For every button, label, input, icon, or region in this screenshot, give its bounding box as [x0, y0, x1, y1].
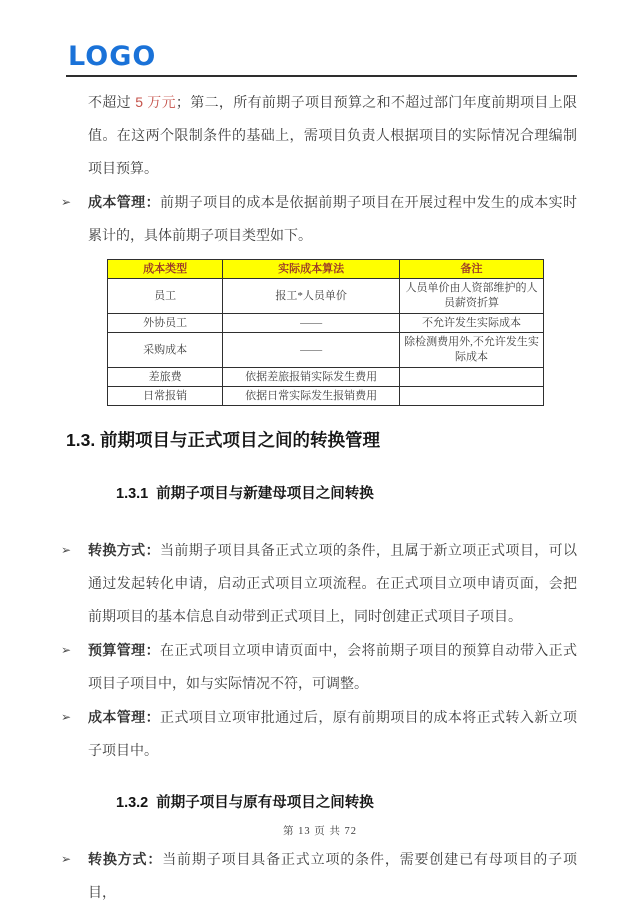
- document-page: LOGO 不超过 5 万元；第二，所有前期子项目预算之和不超过部门年度前期项目上…: [0, 0, 640, 906]
- header-divider: [66, 75, 577, 77]
- bullet-budget-management: ➢预算管理：在正式项目立项申请页面中，会将前期子项目的预算自动带入正式项目子项目…: [88, 634, 577, 700]
- company-logo: LOGO: [68, 42, 156, 72]
- highlight-amount: 5 万元: [135, 94, 176, 110]
- bullet-cost-label: 成本管理：: [88, 194, 160, 210]
- cost-type-table: 成本类型 实际成本算法 备注 员工 报工*人员单价 人员单价由人资部维护的人员薪…: [107, 259, 544, 406]
- table-cell: 差旅费: [108, 368, 223, 387]
- table-cell: ——: [223, 333, 400, 368]
- table-row: 外协员工 —— 不允许发生实际成本: [108, 314, 544, 333]
- bullet-cost-text: 前期子项目的成本是依据前期子项目在开展过程中发生的成本实时累计的，具体前期子项目…: [88, 194, 577, 243]
- table-cell: 报工*人员单价: [223, 279, 400, 314]
- table-cell: 除检测费用外,不允许发生实际成本: [400, 333, 544, 368]
- bullet-arrow-icon: ➢: [61, 701, 71, 734]
- page-header: LOGO: [0, 0, 640, 72]
- budget-limit-pre: 不超过: [88, 94, 135, 110]
- table-cell: [400, 368, 544, 387]
- table-header-row: 成本类型 实际成本算法 备注: [108, 260, 544, 279]
- bullet-cost-management: ➢成本管理：前期子项目的成本是依据前期子项目在开展过程中发生的成本实时累计的，具…: [88, 186, 577, 252]
- heading-1-3-2: 1.3.2 前期子项目与原有母项目之间转换: [116, 791, 640, 812]
- bullet-text: 正式项目立项审批通过后，原有前期项目的成本将正式转入新立项子项目中。: [88, 709, 577, 758]
- bullet-label: 预算管理：: [88, 642, 160, 658]
- bullet-text: 在正式项目立项申请页面中，会将前期子项目的预算自动带入正式项目子项目中，如与实际…: [88, 642, 577, 691]
- table-header-remark: 备注: [400, 260, 544, 279]
- bullet-cost-management-formal: ➢成本管理：正式项目立项审批通过后，原有前期项目的成本将正式转入新立项子项目中。: [88, 701, 577, 767]
- table-cell: 外协员工: [108, 314, 223, 333]
- table-header-cost-type: 成本类型: [108, 260, 223, 279]
- bullet-label: 成本管理：: [88, 709, 160, 725]
- table-cell: 采购成本: [108, 333, 223, 368]
- bullet-label: 转换方式：: [88, 851, 162, 867]
- paragraph-budget-limit: 不超过 5 万元；第二，所有前期子项目预算之和不超过部门年度前期项目上限值。在这…: [88, 86, 577, 185]
- bullet-arrow-icon: ➢: [61, 186, 71, 219]
- page-footer: 第 13 页 共 72: [0, 823, 640, 838]
- table-cell: 人员单价由人资部维护的人员薪资折算: [400, 279, 544, 314]
- heading-1-3-1: 1.3.1 前期子项目与新建母项目之间转换: [116, 482, 640, 503]
- table-cell: ——: [223, 314, 400, 333]
- table-header-actual-cost-method: 实际成本算法: [223, 260, 400, 279]
- table-cell: 依据日常实际发生报销费用: [223, 387, 400, 406]
- bullet-text: 当前期子项目具备正式立项的条件，且属于新立项正式项目，可以通过发起转化申请，启动…: [88, 542, 577, 624]
- bullet-conversion-method-existing-parent: ➢转换方式：当前期子项目具备正式立项的条件，需要创建已有母项目的子项目，: [88, 843, 577, 906]
- table-row: 员工 报工*人员单价 人员单价由人资部维护的人员薪资折算: [108, 279, 544, 314]
- table-cell: 依据差旅报销实际发生费用: [223, 368, 400, 387]
- table-cell: 日常报销: [108, 387, 223, 406]
- bullet-arrow-icon: ➢: [61, 634, 71, 667]
- table-row: 差旅费 依据差旅报销实际发生费用: [108, 368, 544, 387]
- table-row: 日常报销 依据日常实际发生报销费用: [108, 387, 544, 406]
- heading-1-3: 1.3. 前期项目与正式项目之间的转换管理: [66, 427, 640, 452]
- table-cell: 不允许发生实际成本: [400, 314, 544, 333]
- bullet-label: 转换方式：: [88, 542, 160, 558]
- table-cell: [400, 387, 544, 406]
- table-cell: 员工: [108, 279, 223, 314]
- bullet-arrow-icon: ➢: [61, 843, 71, 876]
- bullet-conversion-method-new-parent: ➢转换方式：当前期子项目具备正式立项的条件，且属于新立项正式项目，可以通过发起转…: [88, 534, 577, 633]
- bullet-arrow-icon: ➢: [61, 534, 71, 567]
- bullet-text: 当前期子项目具备正式立项的条件，需要创建已有母项目的子项目，: [88, 851, 577, 900]
- table-row: 采购成本 —— 除检测费用外,不允许发生实际成本: [108, 333, 544, 368]
